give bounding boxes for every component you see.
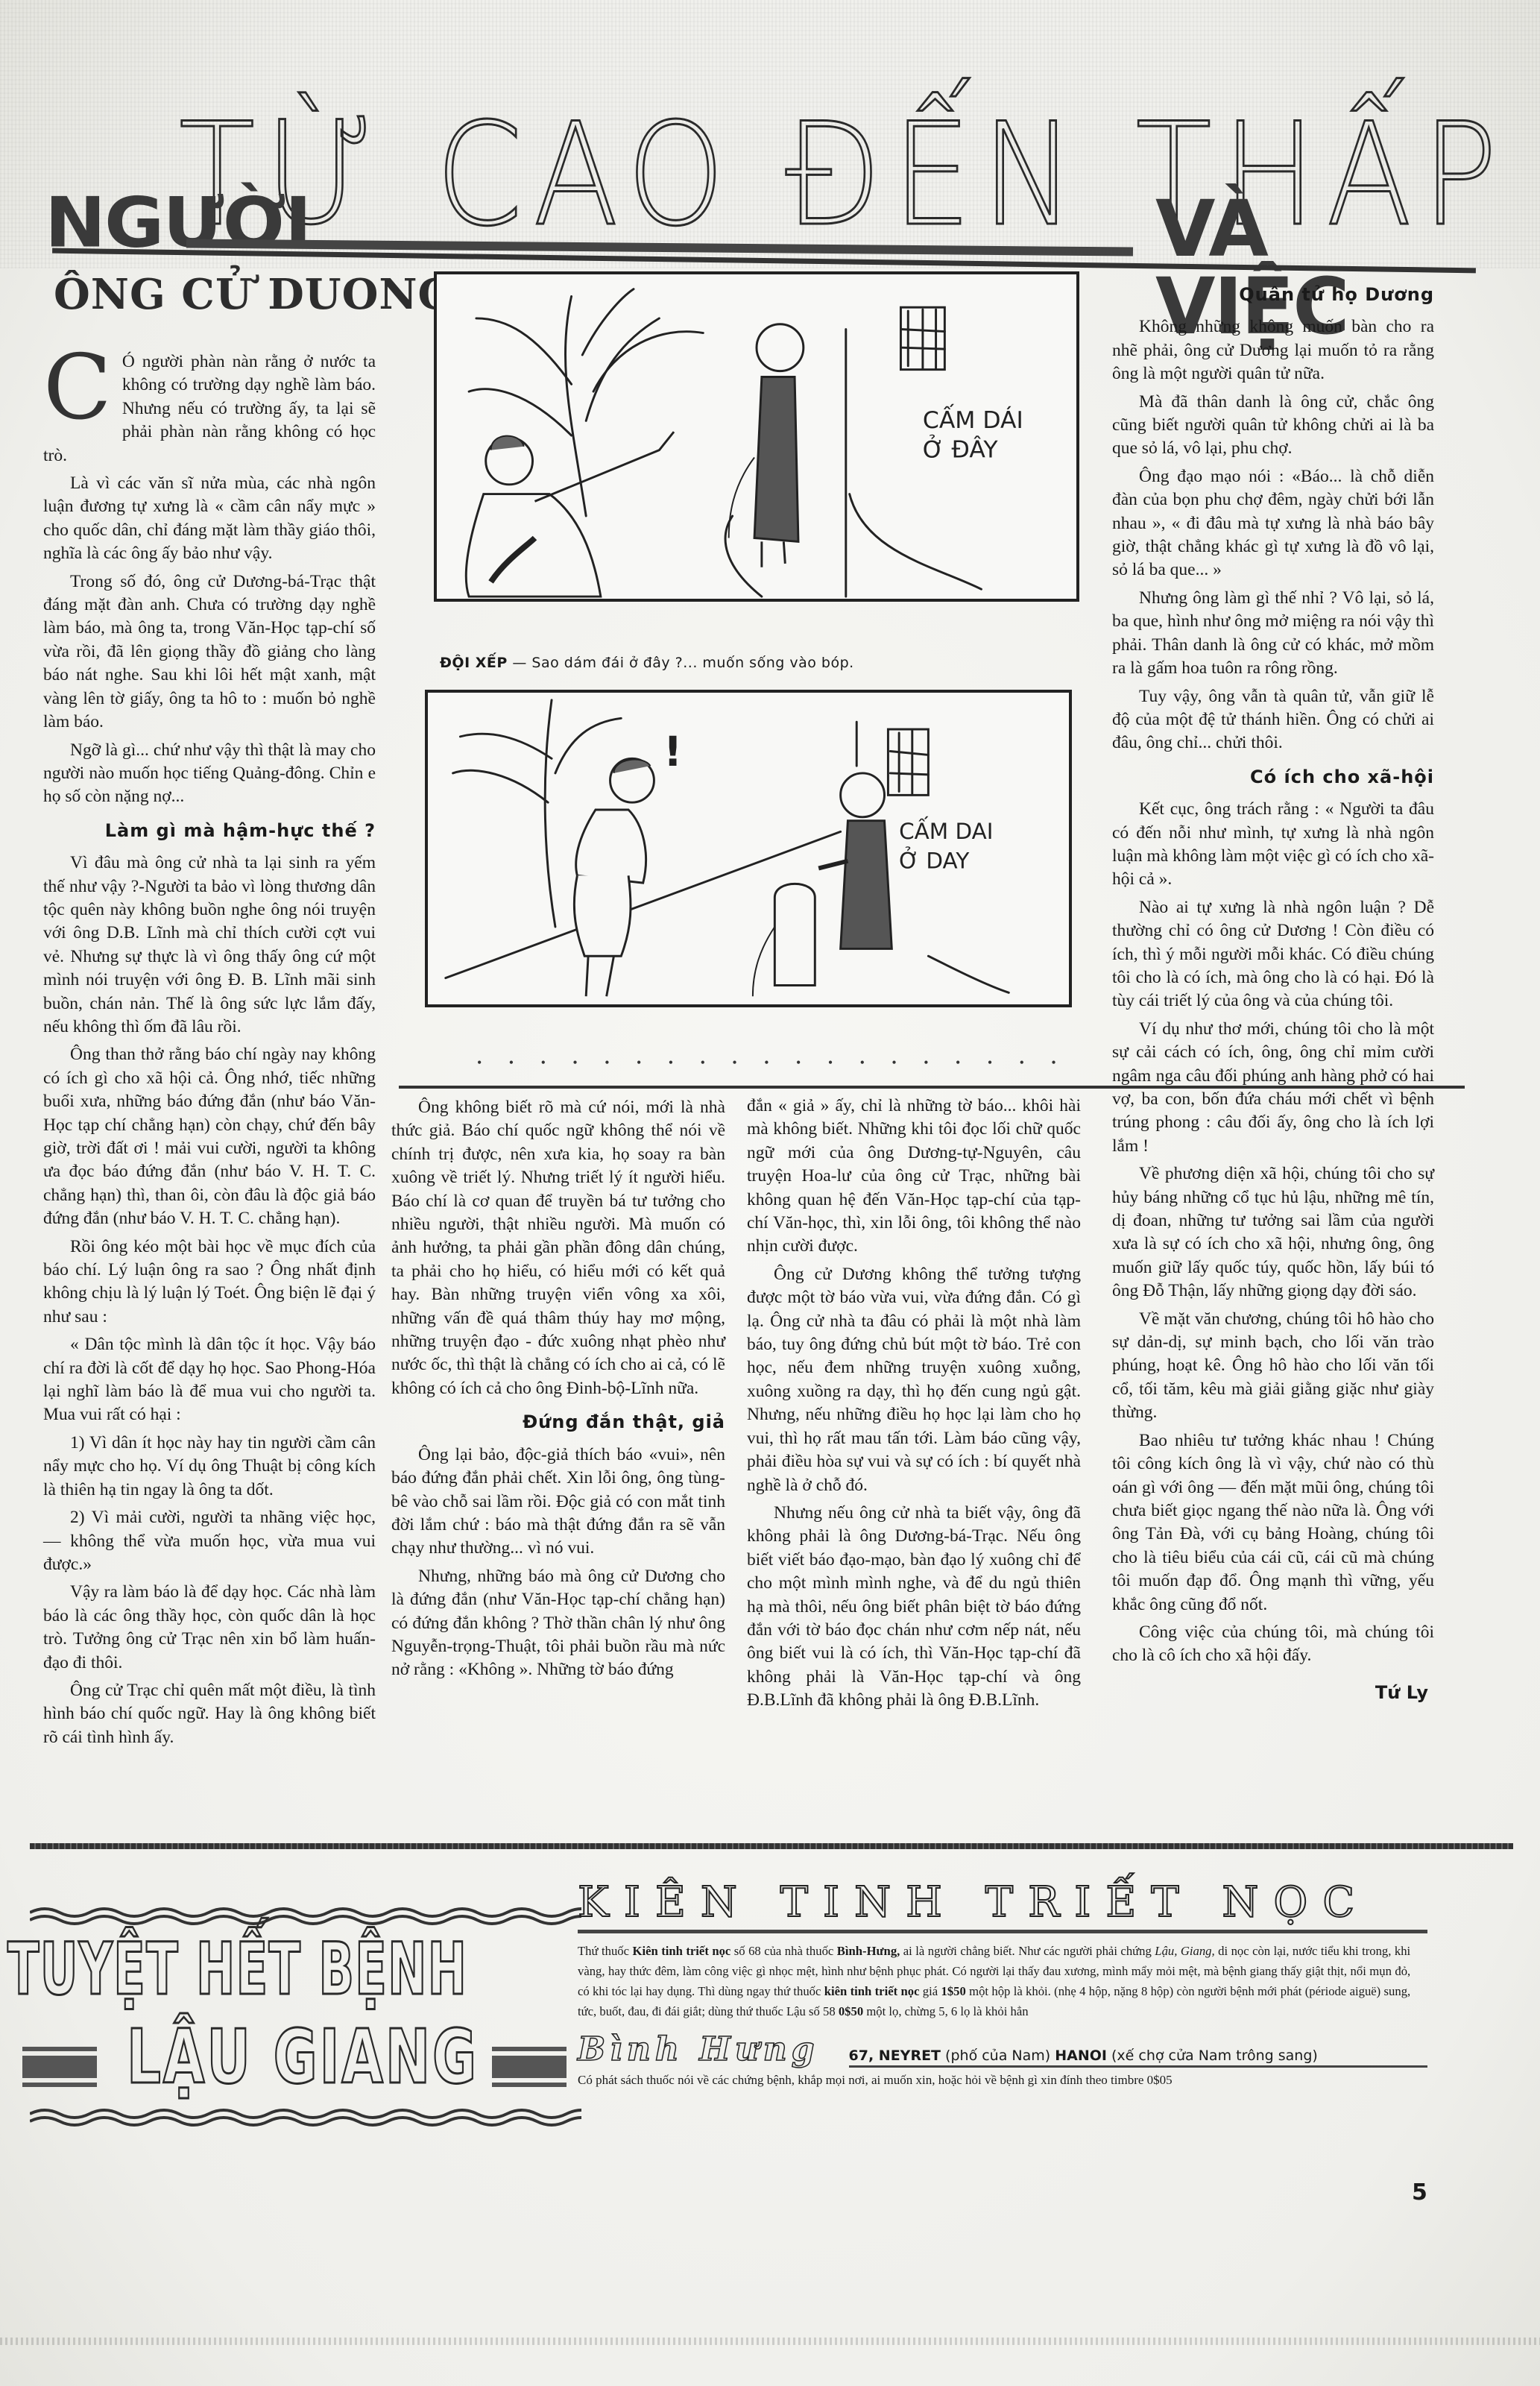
ad-product-title: KIÊN TINH TRIẾT NỌC — [578, 1879, 1435, 1927]
subheading: Quân tử họ Dương — [1112, 283, 1434, 306]
paragraph: Nhưng nếu ông cử nhà ta biết vậy, ông đã… — [747, 1502, 1081, 1713]
paragraph: Kết cục, ông trách rằng : « Người ta đâu… — [1112, 798, 1434, 892]
paragraph: Ông than thở rằng báo chí ngày nay không… — [43, 1043, 376, 1230]
decorative-bars-left — [22, 2047, 97, 2091]
paragraph: Mà đã thân danh là ông cử, chắc ông cũng… — [1112, 391, 1434, 461]
drop-cap: C — [43, 355, 112, 422]
column-4: Quân tử họ Dương Không những không muốn … — [1112, 313, 1434, 1704]
paragraph: Không những không muốn bàn cho ra nhẽ ph… — [1112, 315, 1434, 385]
brand-name: Bình Hưng — [578, 2030, 819, 2068]
column-2: Ông không biết rõ mà cứ nói, mới là nhà … — [391, 1096, 725, 1687]
ad-body-block: KIÊN TINH TRIẾT NỌC Thứ thuốc Kiên tinh … — [578, 1879, 1435, 2088]
price-bottle: 0$50 — [839, 2004, 863, 2018]
ad-top-rule — [30, 1843, 1513, 1849]
paragraph: Ông cử Trạc chỉ quên mất một điều, là tì… — [43, 1679, 376, 1749]
wave-border-top — [30, 1905, 581, 1927]
paragraph: Ông không biết rõ mà cứ nói, mới là nhà … — [391, 1096, 725, 1400]
paragraph: 2) Vì mải cười, người ta nhãng việc học,… — [43, 1506, 376, 1576]
cartoon-illustration-2: CẤM DAI Ở DAY ! — [428, 693, 1069, 1004]
cartoon-illustration-1: CẤM DÁI Ở ĐÂY — [437, 274, 1076, 599]
paragraph: Ngỡ là gì... chứ như vậy thì thật là may… — [43, 739, 376, 809]
ad-title-rule — [578, 1930, 1427, 1933]
paragraph: Bao nhiêu tư tưởng khác nhau ! Chúng tôi… — [1112, 1429, 1434, 1617]
paragraph: Nhưng, những báo mà ông cử Dương cho là … — [391, 1565, 725, 1682]
paragraph: Tuy vậy, ông vẫn tà quân tử, vẫn giữ lễ … — [1112, 685, 1434, 755]
paragraph: Là vì các văn sĩ nửa mùa, các nhà ngôn l… — [43, 472, 376, 566]
masthead: TỪ CAO ĐẾN THẤP NGƯỜI VÀ VIỆC — [15, 97, 1483, 276]
exclamation-mark-icon: ! — [663, 728, 682, 775]
newspaper-page: TỪ CAO ĐẾN THẤP NGƯỜI VÀ VIỆC ÔNG CỬ DUO… — [0, 0, 1540, 2386]
paragraph: Trong số đó, ông cử Dương-bá-Trạc thật đ… — [43, 570, 376, 734]
cartoon-panel-2: CẤM DAI Ở DAY ! — [425, 690, 1072, 1007]
subheading: Làm gì mà hậm-hực thế ? — [43, 819, 376, 843]
paragraph: Ông cử Dương không thể tưởng tượng được … — [747, 1263, 1081, 1497]
paragraph: Ông lại bảo, độc-giả thích báo «vui», nê… — [391, 1444, 725, 1561]
column-1: CÓ người phàn nàn rằng ở nước ta không c… — [43, 350, 376, 1754]
paragraph: đắn « giả » ấy, chỉ là những tờ báo... k… — [747, 1095, 1081, 1259]
paragraph: Ông đạo mạo nói : «Báo... là chỗ diễn đà… — [1112, 465, 1434, 582]
paragraph: Rồi ông kéo một bài học về mục đích của … — [43, 1236, 376, 1329]
caption-speaker: ĐỘI XẾP — [440, 655, 508, 671]
article-title: ÔNG CỬ DUONG — [54, 270, 454, 319]
ad-footer-note: Có phát sách thuốc nói về các chứng bệnh… — [578, 2073, 1435, 2088]
paragraph: Về phương diện xã hội, chúng tôi cho sự … — [1112, 1162, 1434, 1303]
sign-text-line2: Ở ĐÂY — [923, 432, 998, 463]
ad-brand-row: Bình Hưng 67, NEYRET (phố của Nam) HANOI… — [578, 2030, 1427, 2068]
paragraph: 1) Vì dân ít học này hay tin người cầm c… — [43, 1432, 376, 1502]
paragraph: Vì đâu mà ông cử nhà ta lại sinh ra yếm … — [43, 852, 376, 1039]
cartoon-caption: ĐỘI XẾP — Sao dám đái ở đây ?... muốn số… — [440, 655, 854, 671]
sign-text-line1: CẤM DAI — [899, 816, 993, 844]
lead-paragraph: CÓ người phàn nàn rằng ở nước ta không c… — [43, 350, 376, 468]
sign-text-line1: CẤM DÁI — [923, 403, 1023, 434]
separator-dots: • • • • • • • • • • • • • • • • • • • — [477, 1055, 1068, 1071]
ad-headline-line1: TUYỆT HẾT BỆNH — [7, 1927, 467, 2011]
author-signature: Tứ Ly — [1112, 1681, 1434, 1704]
sign-text-line2: Ở DAY — [899, 845, 970, 873]
paragraph: « Dân tộc mình là dân tộc ít học. Vậy bá… — [43, 1333, 376, 1427]
paragraph: Vậy ra làm báo là để dạy học. Các nhà là… — [43, 1581, 376, 1675]
paragraph: Nào ai tự xưng là nhà ngôn luận ? Dễ thư… — [1112, 896, 1434, 1013]
paragraph: Nhưng ông làm gì thế nhỉ ? Vô lại, sỏ lá… — [1112, 587, 1434, 681]
decorative-bars-right — [492, 2047, 567, 2091]
price-box: 1$50 — [941, 1984, 965, 1998]
ad-description: Thứ thuốc Kiên tinh triết nọc số 68 của … — [578, 1941, 1410, 2021]
caption-text: — Sao dám đái ở đây ?... muốn sống vào b… — [508, 655, 854, 671]
page-bottom-edge — [0, 2338, 1540, 2345]
cartoon-panel-1: CẤM DÁI Ở ĐÂY — [434, 271, 1079, 602]
column-3: đắn « giả » ấy, chỉ là những tờ báo... k… — [747, 1095, 1081, 1717]
ad-headline-line2: LẬU GIANG — [127, 2013, 479, 2100]
paragraph: Công việc của chúng tôi, mà chúng tôi ch… — [1112, 1621, 1434, 1668]
paragraph: Về mặt văn chương, chúng tôi hô hào cho … — [1112, 1308, 1434, 1425]
subheading: Đứng đắn thật, giả — [391, 1411, 725, 1434]
shop-address: 67, NEYRET (phố của Nam) HANOI (xế chợ c… — [849, 2047, 1427, 2068]
wave-border-bottom — [30, 2106, 581, 2129]
subheading: Có ích cho xã-hội — [1112, 766, 1434, 789]
paragraph: Ví dụ như thơ mới, chúng tôi cho là một … — [1112, 1018, 1434, 1158]
page-number: 5 — [1412, 2179, 1427, 2206]
